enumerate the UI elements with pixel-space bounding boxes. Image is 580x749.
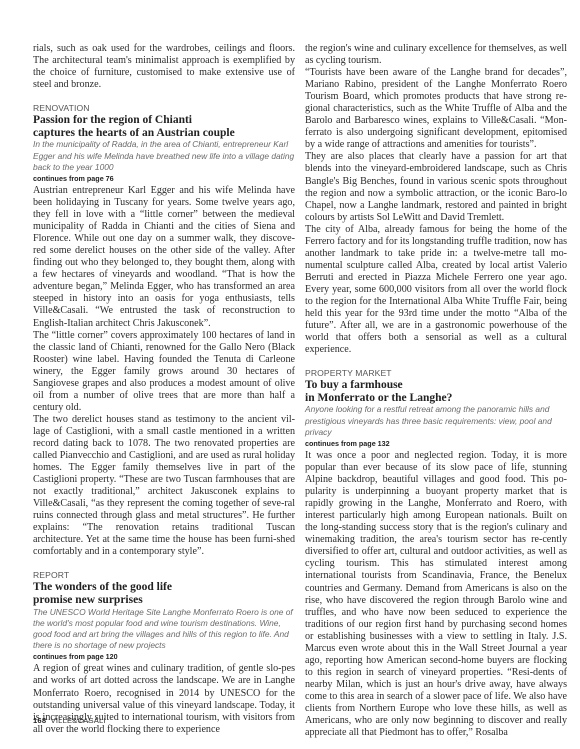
headline-line: captures the hearts of an Austrian coupl… — [33, 127, 295, 140]
article-headline: The wonders of the good life promise new… — [33, 581, 295, 606]
headline-line: Passion for the region of Chianti — [33, 114, 295, 127]
continues-from-page: continues from page 76 — [33, 174, 295, 184]
page-number: 168 — [33, 716, 46, 725]
article-renovation: RENOVATION Passion for the region of Chi… — [33, 103, 295, 558]
intro-paragraph: rials, such as oak used for the wardrobe… — [33, 43, 295, 91]
headline-line: To buy a farmhouse — [305, 379, 567, 392]
article-report-continued: the region's wine and culinary excellenc… — [305, 43, 567, 356]
article-property-market: PROPERTY MARKET To buy a farmhouse in Mo… — [305, 368, 567, 739]
article-paragraph: They are also places that clearly have a… — [305, 151, 567, 223]
article-headline: Passion for the region of Chianti captur… — [33, 114, 295, 139]
right-column: the region's wine and culinary excellenc… — [305, 43, 567, 739]
article-paragraph: It was once a poor and neglected region.… — [305, 450, 567, 739]
headline-line: promise new surprises — [33, 594, 295, 607]
page-footer: 168 VILLE&CASALI — [33, 716, 106, 725]
article-standfirst: Anyone looking for a restful retreat amo… — [305, 404, 567, 438]
article-paragraph: Austrian entrepreneur Karl Egger and his… — [33, 185, 295, 330]
section-label: RENOVATION — [33, 103, 295, 114]
headline-line: in Monferrato or the Langhe? — [305, 392, 567, 405]
continues-from-page: continues from page 132 — [305, 439, 567, 449]
article-paragraph: the region's wine and culinary excellenc… — [305, 43, 567, 67]
article-paragraph: The “little corner” covers approximately… — [33, 330, 295, 414]
article-headline: To buy a farmhouse in Monferrato or the … — [305, 379, 567, 404]
article-report: REPORT The wonders of the good life prom… — [33, 570, 295, 735]
section-label: REPORT — [33, 570, 295, 581]
magazine-page: rials, such as oak used for the wardrobe… — [0, 0, 580, 749]
article-paragraph: The two derelict houses stand as testimo… — [33, 414, 295, 559]
section-label: PROPERTY MARKET — [305, 368, 567, 379]
article-paragraph: The city of Alba, already famous for bei… — [305, 224, 567, 357]
article-paragraph: “Tourists have been aware of the Langhe … — [305, 67, 567, 151]
headline-line: The wonders of the good life — [33, 581, 295, 594]
article-standfirst: In the municipality of Radda, in the are… — [33, 139, 295, 173]
publication-name: VILLE&CASALI — [51, 716, 106, 725]
continues-from-page: continues from page 120 — [33, 652, 295, 662]
left-column: rials, such as oak used for the wardrobe… — [33, 43, 295, 736]
article-standfirst: The UNESCO World Heritage Site Langhe Mo… — [33, 607, 295, 652]
